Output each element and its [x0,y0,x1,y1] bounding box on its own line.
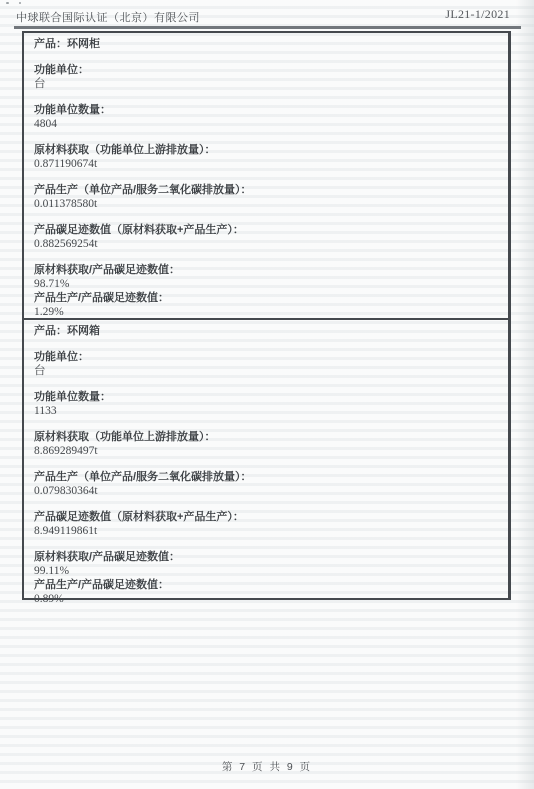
field-raw-material-emission: 原材料获取（功能单位上游排放量）： 8.869289497t [34,430,498,458]
field-label: 产品碳足迹数值（原材料获取+产品生产）： [34,223,498,237]
product-name-row: 产品：环网柜 [34,37,498,52]
field-value: 0.882569254t [34,237,498,251]
product-name-row: 产品：环网箱 [34,324,498,339]
header-doc-code: JL21-1/2021 [445,7,510,22]
field-production-ratio: 产品生产/产品碳足迹数值： 0.89% [34,578,498,606]
field-raw-material-ratio: 原材料获取/产品碳足迹数值： 98.71% [34,263,498,291]
field-label: 功能单位： [34,350,498,364]
field-value: 台 [34,364,498,378]
field-production-ratio: 产品生产/产品碳足迹数值： 1.29% [34,291,498,319]
field-value: 8.869289497t [34,444,498,458]
field-raw-material-ratio: 原材料获取/产品碳足迹数值： 99.11% [34,550,498,578]
scan-speck [6,2,9,4]
field-value: 99.11% [34,564,498,578]
field-label: 产品碳足迹数值（原材料获取+产品生产）： [34,510,498,524]
report-table: 产品：环网柜 功能单位： 台 功能单位数量： 4804 原材料获取（功能单位上游… [22,31,511,600]
field-production-emission: 产品生产（单位产品/服务二氧化碳排放量）： 0.011378580t [34,183,498,211]
field-value: 1.29% [34,305,498,319]
field-unit-count: 功能单位数量： 4804 [34,103,498,131]
field-label: 产品生产/产品碳足迹数值： [34,578,498,592]
field-label: 产品生产（单位产品/服务二氧化碳排放量）： [34,183,498,197]
field-label: 原材料获取（功能单位上游排放量）： [34,430,498,444]
field-value: 1133 [34,404,498,418]
field-value: 98.71% [34,277,498,291]
field-label: 功能单位数量： [34,390,498,404]
scan-edge-streak [516,0,534,789]
scan-speck [19,2,21,4]
field-label: 原材料获取（功能单位上游排放量）： [34,143,498,157]
field-label: 功能单位数量： [34,103,498,117]
page-number-indicator: 第 7 页 共 9 页 [0,759,534,774]
field-carbon-footprint-total: 产品碳足迹数值（原材料获取+产品生产）： 8.949119861t [34,510,498,538]
product-block-huanwangxiang: 产品：环网箱 功能单位： 台 功能单位数量： 1133 原材料获取（功能单位上游… [24,318,508,598]
header-company-name: 中球联合国际认证（北京）有限公司 [16,9,200,25]
field-value: 8.949119861t [34,524,498,538]
field-raw-material-emission: 原材料获取（功能单位上游排放量）： 0.871190674t [34,143,498,171]
field-value: 0.89% [34,592,498,606]
field-value: 0.079830364t [34,484,498,498]
field-value: 0.011378580t [34,197,498,211]
field-functional-unit: 功能单位： 台 [34,63,498,91]
field-label: 产品生产/产品碳足迹数值： [34,291,498,305]
field-functional-unit: 功能单位： 台 [34,350,498,378]
field-production-emission: 产品生产（单位产品/服务二氧化碳排放量）： 0.079830364t [34,470,498,498]
field-label: 原材料获取/产品碳足迹数值： [34,550,498,564]
field-carbon-footprint-total: 产品碳足迹数值（原材料获取+产品生产）： 0.882569254t [34,223,498,251]
field-unit-count: 功能单位数量： 1133 [34,390,498,418]
field-label: 功能单位： [34,63,498,77]
document-page: 中球联合国际认证（北京）有限公司 JL21-1/2021 产品：环网柜 功能单位… [0,0,534,789]
header-rule [14,26,521,29]
product-block-huanwanggui: 产品：环网柜 功能单位： 台 功能单位数量： 4804 原材料获取（功能单位上游… [24,33,508,318]
field-label: 产品生产（单位产品/服务二氧化碳排放量）： [34,470,498,484]
field-label: 原材料获取/产品碳足迹数值： [34,263,498,277]
field-value: 台 [34,77,498,91]
field-value: 4804 [34,117,498,131]
field-value: 0.871190674t [34,157,498,171]
